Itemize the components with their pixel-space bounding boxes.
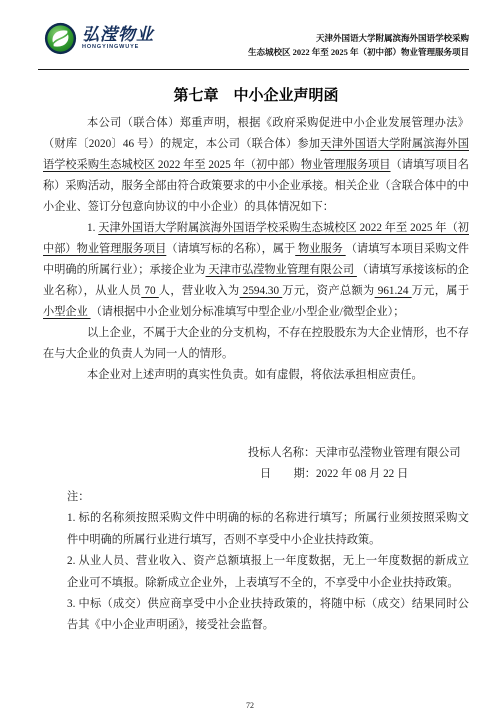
filled-in-value: 70 bbox=[141, 285, 159, 297]
paragraph-text: 人，营业收入为 bbox=[159, 285, 240, 297]
signature-block: 投标人名称：天津市弘滢物业管理有限公司 日 期：2022 年 08 月 22 日 bbox=[43, 443, 469, 485]
filled-in-value: 961.24 bbox=[375, 285, 412, 297]
filled-in-value: 物业服务 bbox=[295, 243, 345, 255]
document-header: 弘滢物业 HONGYINGWUYE 天津外国语大学附属滨海外国语学校采购 生态城… bbox=[44, 22, 469, 59]
notes-section: 注： 1. 标的名称须按照采购文件中明确的标的名称进行填写；所属行业须按照采购文… bbox=[67, 487, 469, 637]
header-project-title: 天津外国语大学附属滨海外国语学校采购 生态城校区 2022 年至 2025 年（… bbox=[248, 32, 469, 59]
chapter-title: 第七章 中小企业声明函 bbox=[44, 84, 468, 105]
signature-date-label: 日 期： bbox=[260, 468, 316, 480]
document-page: 弘滢物业 HONGYINGWUYE 天津外国语大学附属滨海外国语学校采购 生态城… bbox=[0, 0, 500, 726]
paragraph-text: 万元，属于 bbox=[412, 285, 469, 297]
brand-name-cn: 弘滢物业 bbox=[82, 26, 154, 43]
note-item-1: 1. 标的名称须按照采购文件中明确的标的名称进行填写；所属行业须按照采购文件中明… bbox=[67, 508, 469, 551]
no-large-enterprise-paragraph: 以上企业，不属于大企业的分支机构，不存在控股股东为大企业情形，也不存在与大企业的… bbox=[43, 323, 469, 365]
bidder-name-value: 天津市弘滢物业管理有限公司 bbox=[315, 447, 460, 459]
filled-in-value: 天津市弘滢物业管理有限公司 bbox=[206, 264, 357, 276]
page-number: 72 bbox=[0, 701, 500, 710]
globe-swirl-icon bbox=[44, 22, 77, 55]
signature-date-value: 2022 年 08 月 22 日 bbox=[316, 468, 408, 480]
paragraph-text: （请填写标的名称），属于 bbox=[166, 243, 295, 255]
bidder-name-row: 投标人名称：天津市弘滢物业管理有限公司 bbox=[248, 443, 469, 464]
filled-in-value: 小型企业 bbox=[43, 306, 91, 318]
bidder-name-label: 投标人名称： bbox=[248, 447, 315, 459]
note-item-3: 3. 中标（成交）供应商享受中小企业扶持政策的，将随中标（成交）结果同时公告其《… bbox=[67, 594, 469, 637]
header-project-line1: 天津外国语大学附属滨海外国语学校采购 bbox=[248, 32, 469, 46]
paragraph-text: 1. bbox=[87, 222, 98, 234]
responsibility-paragraph: 本企业对上述声明的真实性负责。如有虚假，将依法承担相应责任。 bbox=[43, 365, 469, 386]
paragraph-text: （请根据中小企业划分标准填写中型企业/小型企业/微型企业）； bbox=[91, 306, 405, 318]
item-1-paragraph: 1. 天津外国语大学附属滨海外国语学校采购生态城校区 2022 年至 2025 … bbox=[43, 218, 469, 323]
paragraph-text: 万元，资产总额为 bbox=[282, 285, 374, 297]
filled-in-value: 2594.30 bbox=[240, 285, 283, 297]
brand-text: 弘滢物业 HONGYINGWUYE bbox=[82, 26, 154, 51]
note-item-2: 2. 从业人员、营业收入、资产总额填报上一年度数据，无上一年度数据的新成立企业可… bbox=[67, 551, 469, 594]
declaration-body: 本公司（联合体）郑重声明，根据《政府采购促进中小企业发展管理办法》（财库〔202… bbox=[43, 113, 469, 386]
notes-title: 注： bbox=[67, 487, 469, 508]
company-logo: 弘滢物业 HONGYINGWUYE bbox=[44, 22, 154, 55]
header-project-line2: 生态城校区 2022 年至 2025 年（初中部）物业管理服务项目 bbox=[248, 46, 469, 60]
brand-name-en: HONGYINGWUYE bbox=[82, 45, 154, 51]
declaration-intro-paragraph: 本公司（联合体）郑重声明，根据《政府采购促进中小企业发展管理办法》（财库〔202… bbox=[43, 113, 469, 218]
signature-date-row: 日 期：2022 年 08 月 22 日 bbox=[260, 464, 469, 485]
header-divider bbox=[38, 69, 469, 70]
